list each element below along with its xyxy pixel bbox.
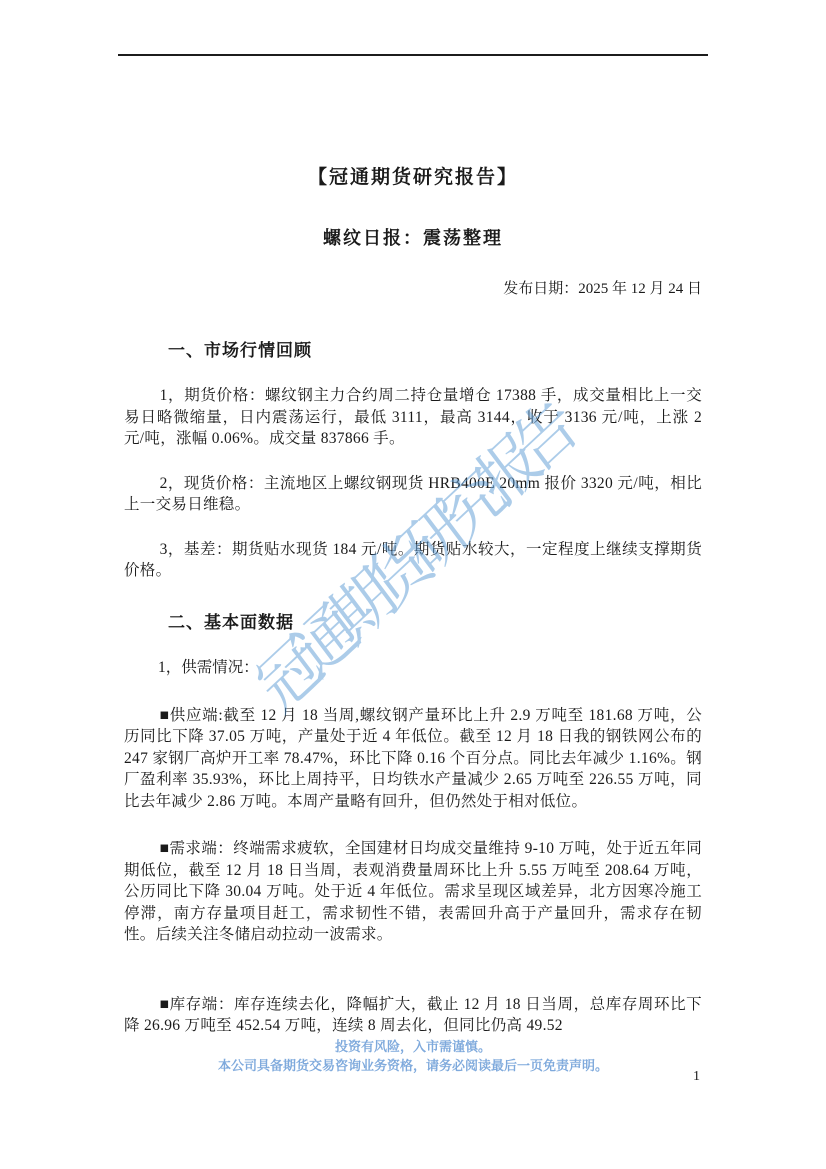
paragraph-basis: 3，基差：期货贴水现货 184 元/吨。期货贴水较大，一定程度上继续支撑期货价格… [124, 539, 702, 582]
paragraph-inventory-side: ■库存端：库存连续去化，降幅扩大，截止 12 月 18 日当周，总库存周环比下降… [124, 994, 702, 1037]
paragraph-supply-side: ■供应端:截至 12 月 18 当周,螺纹钢产量环比上升 2.9 万吨至 181… [124, 705, 702, 813]
report-title: 【冠通期货研究报告】 [124, 166, 702, 190]
paragraph-futures-price: 1，期货价格：螺纹钢主力合约周二持仓量增仓 17388 手，成交量相比上一交易日… [124, 385, 702, 450]
report-subtitle: 螺纹日报：震荡整理 [124, 226, 702, 250]
paragraph-spot-price: 2，现货价格：主流地区上螺纹钢现货 HRB400E 20mm 报价 3320 元… [124, 473, 702, 516]
page-footer: 投资有风险，入市需谨慎。 本公司具备期货交易咨询业务资格，请务必阅读最后一页免责… [0, 1037, 826, 1075]
subheading-supply-demand: 1，供需情况： [124, 657, 702, 678]
page-number: 1 [693, 1068, 700, 1086]
section-heading-market-review: 一、市场行情回顾 [124, 340, 702, 362]
report-page: 冠通期货研究报告 【冠通期货研究报告】 螺纹日报：震荡整理 发布日期：2025 … [0, 0, 826, 1169]
disclaimer-line-risk: 投资有风险，入市需谨慎。 [0, 1037, 826, 1056]
publish-date: 发布日期：2025 年 12 月 24 日 [124, 279, 702, 299]
paragraph-demand-side: ■需求端：终端需求疲软，全国建材日均成交量维持 9-10 万吨，处于近五年同期低… [124, 838, 702, 946]
disclaimer-line-qualification: 本公司具备期货交易咨询业务资格，请务必阅读最后一页免责声明。 [0, 1056, 826, 1075]
report-body: 【冠通期货研究报告】 螺纹日报：震荡整理 发布日期：2025 年 12 月 24… [124, 0, 702, 1037]
section-heading-fundamentals: 二、基本面数据 [124, 612, 702, 634]
